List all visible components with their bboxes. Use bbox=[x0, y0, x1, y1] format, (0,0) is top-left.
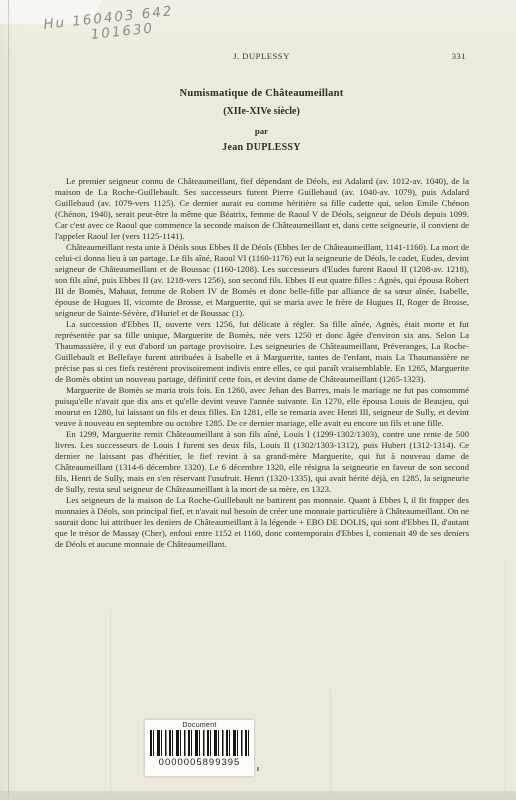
scan-bottom-edge bbox=[0, 791, 516, 800]
barcode-icon bbox=[150, 730, 249, 756]
body-paragraph: Les seigneurs de la maison de La Roche-G… bbox=[55, 495, 469, 550]
paper-fold-line bbox=[505, 560, 506, 800]
scanned-document-page: Hu 160403 642 101630 J. DUPLESSY 331 Num… bbox=[0, 0, 516, 800]
byline-prefix: par bbox=[55, 126, 468, 136]
page-number: 331 bbox=[452, 51, 466, 61]
running-header: J. DUPLESSY 331 bbox=[55, 51, 468, 61]
page-left-edge bbox=[8, 0, 9, 800]
body-paragraph: En 1299, Marguerite remit Châteaumeillan… bbox=[55, 429, 469, 495]
article-title: Numismatique de Châteaumeillant bbox=[55, 88, 468, 99]
body-paragraph: Marguerite de Bomès se maria trois fois.… bbox=[55, 385, 469, 429]
barcode-number: 0000005899395 bbox=[145, 757, 254, 768]
paper-fold-line bbox=[330, 690, 331, 800]
paper-fold-line bbox=[110, 610, 111, 800]
body-paragraph: La succession d'Ebbes II, ouverte vers 1… bbox=[55, 319, 469, 385]
barcode-sticker: Document 0000005899395 bbox=[145, 720, 254, 776]
article-subtitle: (XIIe-XIVe siècle) bbox=[55, 106, 468, 117]
body-paragraph: Le premier seigneur connu de Châteaumeil… bbox=[55, 176, 469, 242]
body-paragraph: Châteaumeillant resta unie à Déols sous … bbox=[55, 242, 469, 319]
article-body: Le premier seigneur connu de Châteaumeil… bbox=[55, 176, 469, 550]
author-name: Jean DUPLESSY bbox=[55, 142, 468, 153]
article-title-block: Numismatique de Châteaumeillant (XIIe-XI… bbox=[55, 88, 468, 153]
barcode-label: Document bbox=[145, 720, 254, 729]
stray-pencil-mark bbox=[257, 767, 259, 771]
running-title: J. DUPLESSY bbox=[55, 51, 468, 61]
